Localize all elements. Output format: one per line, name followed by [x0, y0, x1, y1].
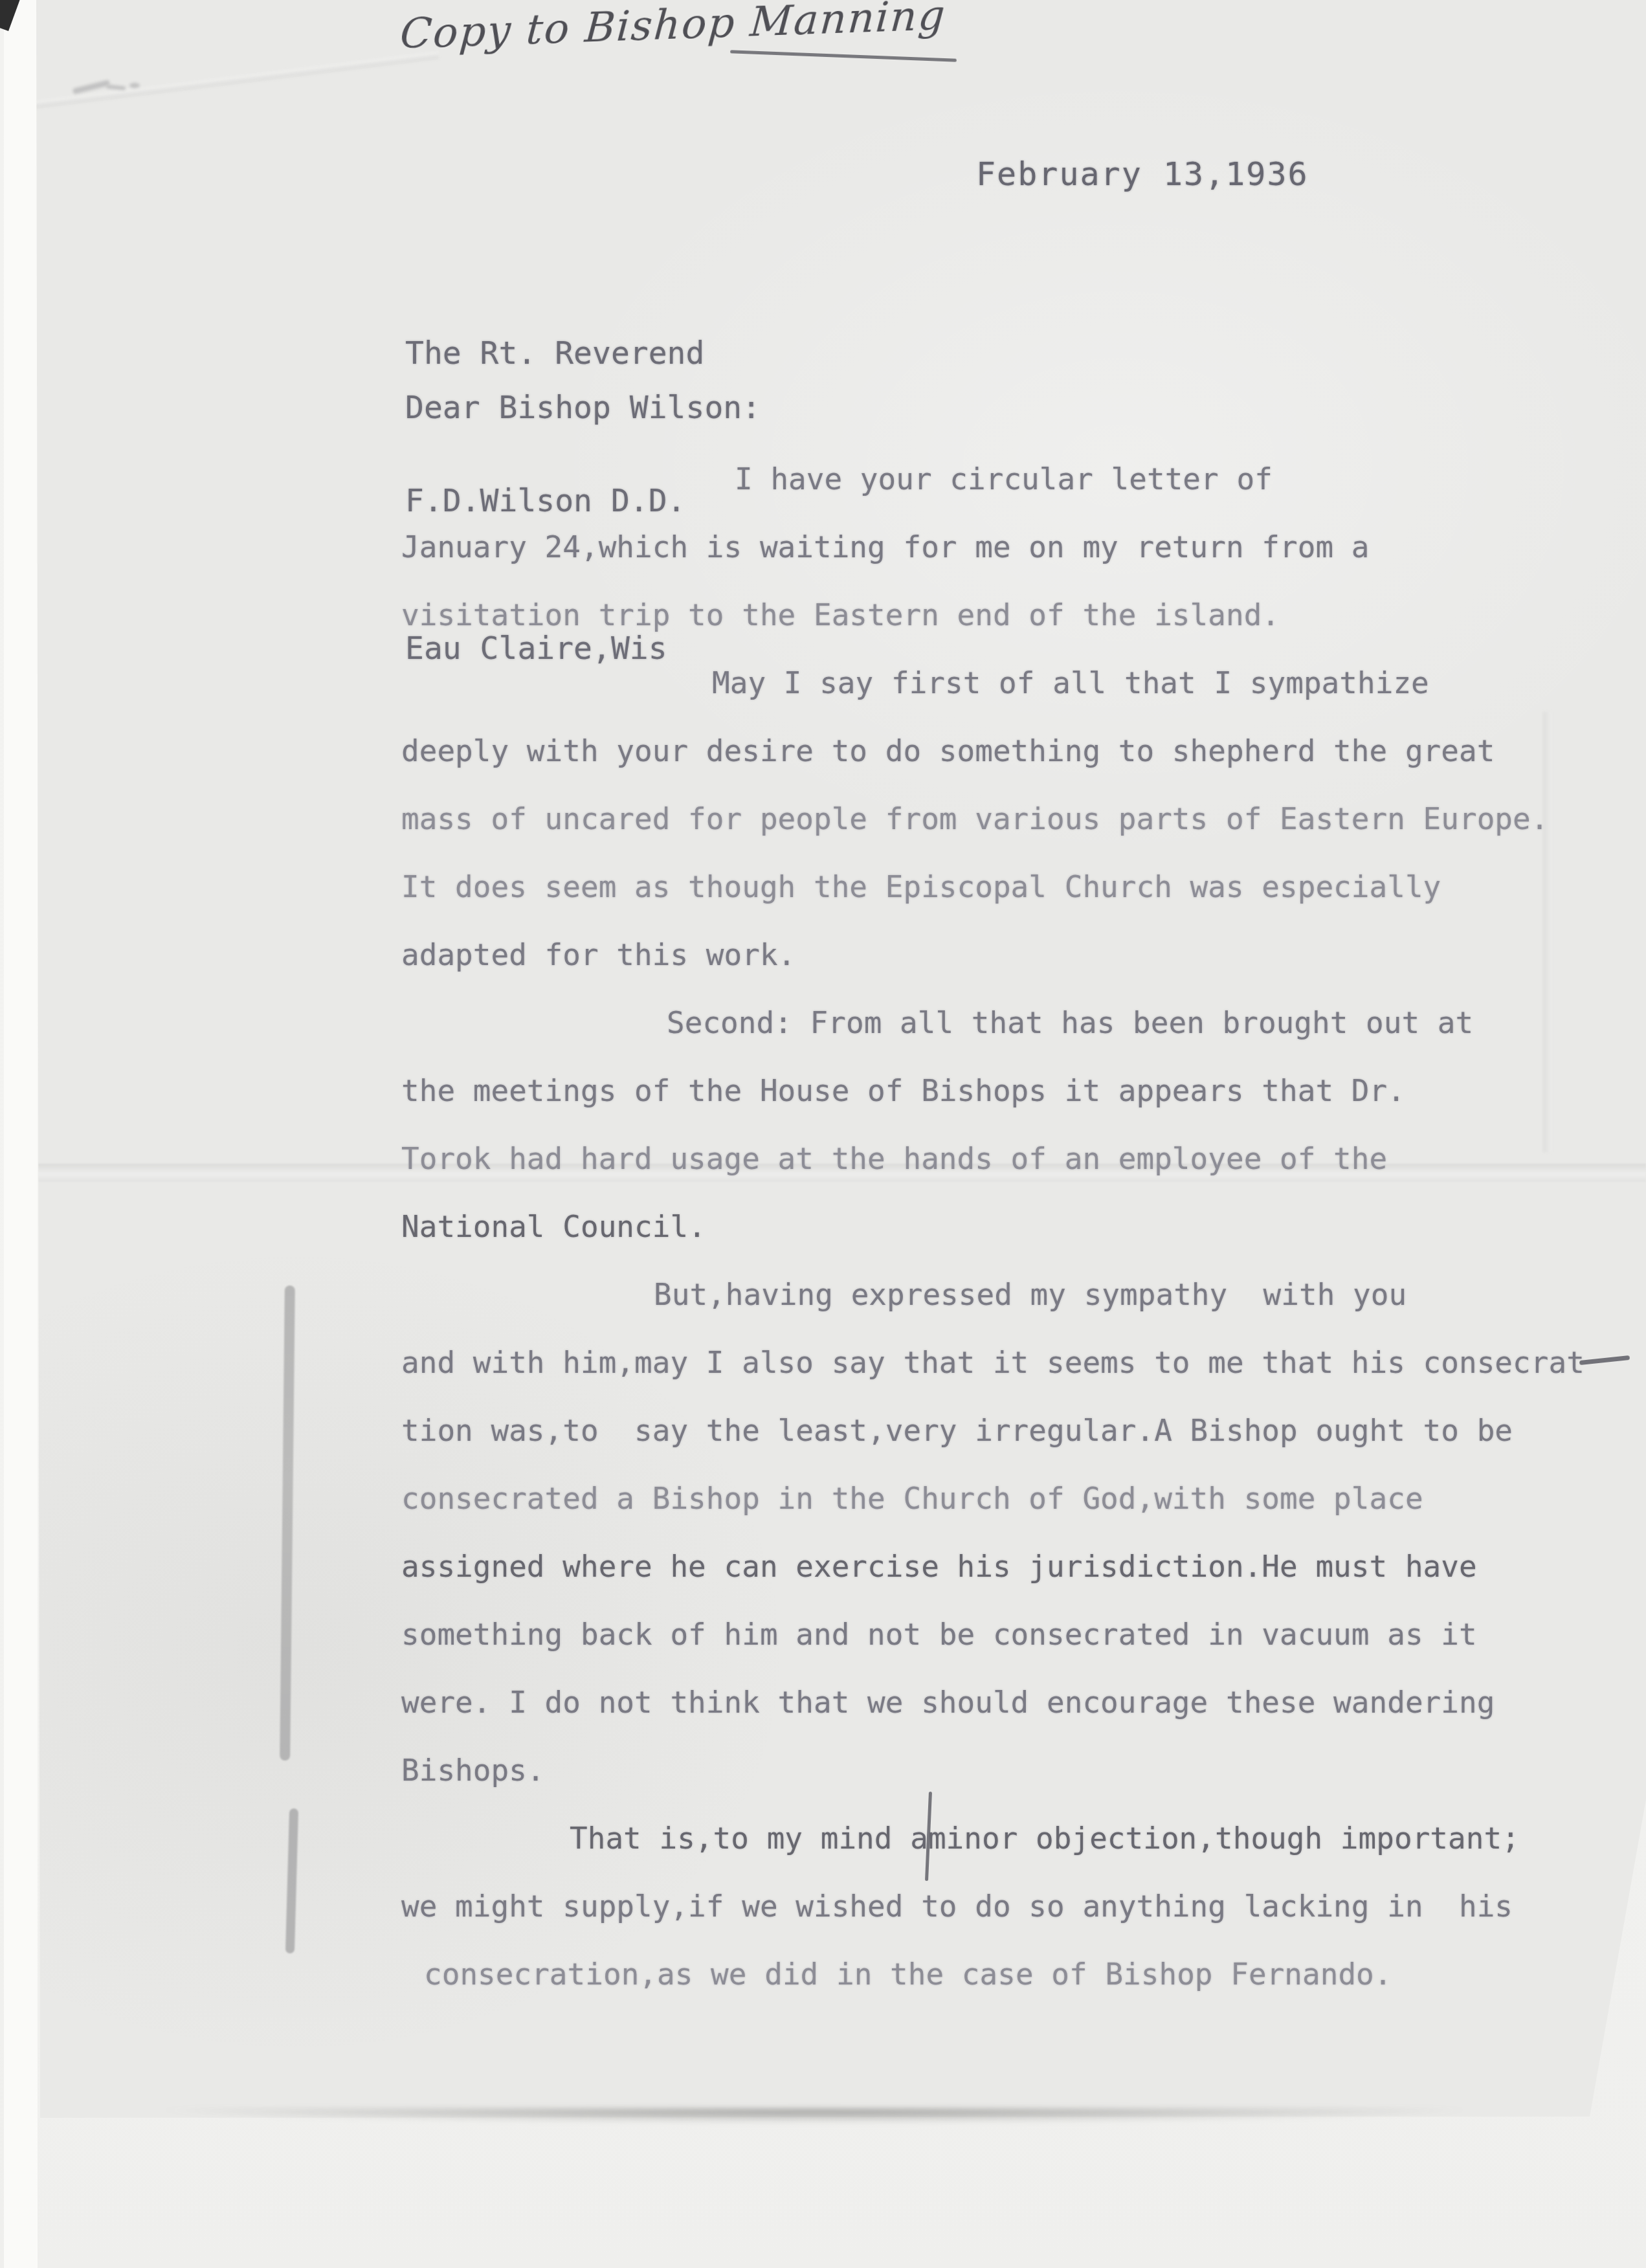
typed-line: May I say first of all that I sympathize — [401, 649, 1585, 717]
typed-line: mass of uncared for people from various … — [401, 785, 1585, 853]
letter-date: February 13,1936 — [976, 155, 1309, 193]
scanned-letter-page: Copy to Bishop Manning February 13,1936 … — [0, 0, 1646, 2268]
margin-pen-line-icon — [285, 1808, 298, 1953]
recipient-line: The Rt. Reverend — [405, 329, 704, 378]
typed-line: the meetings of the House of Bishops it … — [401, 1057, 1585, 1125]
typed-line: Torok had hard usage at the hands of an … — [401, 1125, 1585, 1193]
pencil-smudge — [72, 72, 144, 104]
typed-line: assigned where he can exercise his juris… — [401, 1533, 1585, 1601]
typed-line: It does seem as though the Episcopal Chu… — [401, 853, 1585, 921]
typed-line: consecrated a Bishop in the Church of Go… — [401, 1465, 1585, 1533]
paper-bottom-shadow — [39, 2109, 1590, 2126]
letter-paper: Copy to Bishop Manning February 13,1936 … — [0, 0, 1646, 2118]
handwritten-underline — [730, 50, 957, 61]
handwritten-note: Copy to Bishop Manning — [399, 0, 948, 59]
salutation: Dear Bishop Wilson: — [405, 390, 761, 426]
typed-line: I have your circular letter of — [401, 445, 1585, 513]
typed-line: tion was,to say the least,very irregular… — [401, 1397, 1585, 1465]
typed-line: That is,to my mind aminor objection,thou… — [401, 1805, 1585, 1873]
typed-line: something back of him and not be consecr… — [401, 1601, 1585, 1669]
typed-line: consecration,as we did in the case of Bi… — [401, 1940, 1585, 2008]
scanner-backing-strip — [4, 0, 38, 2268]
letter-body: I have your circular letter ofJanuary 24… — [401, 445, 1585, 2008]
typed-line: Second: From all that has been brought o… — [401, 989, 1585, 1057]
typed-line: visitation trip to the Eastern end of th… — [401, 581, 1585, 649]
margin-pen-line-icon — [280, 1285, 295, 1761]
typed-line: we might supply,if we wished to do so an… — [401, 1873, 1585, 1940]
typed-line: adapted for this work. — [401, 921, 1585, 989]
typed-line: deeply with your desire to do something … — [401, 717, 1585, 785]
typed-line: But,having expressed my sympathy with yo… — [401, 1261, 1585, 1329]
typed-line: Bishops. — [401, 1737, 1585, 1805]
typed-line: January 24,which is waiting for me on my… — [401, 513, 1585, 581]
typed-line: and with him,may I also say that it seem… — [401, 1329, 1585, 1397]
pen-dash-mark-icon — [1579, 1355, 1630, 1365]
typed-line: National Council. — [401, 1193, 1585, 1261]
typed-line: were. I do not think that we should enco… — [401, 1669, 1585, 1737]
